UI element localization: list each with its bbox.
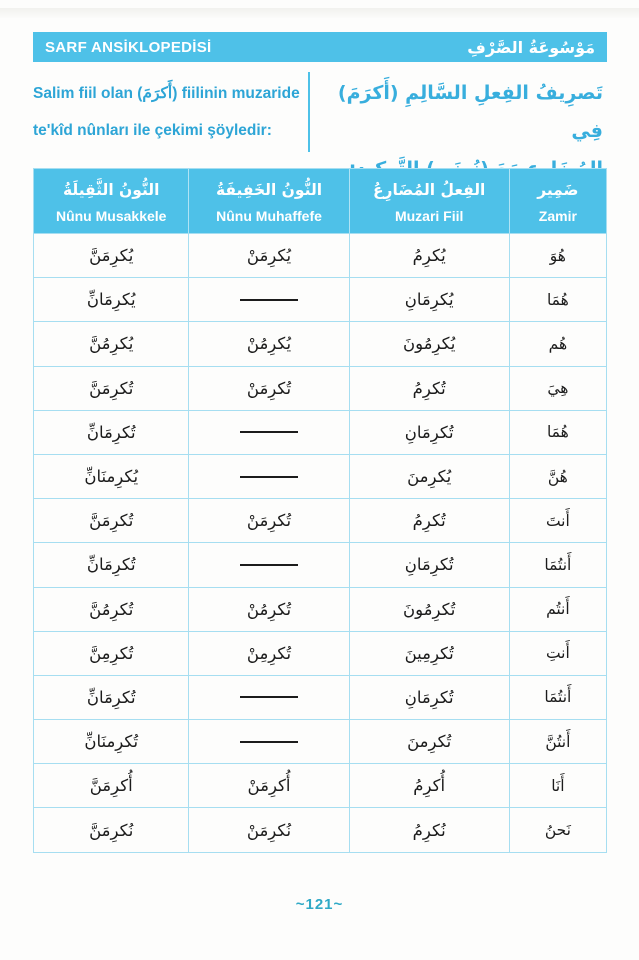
column-header-latin: Nûnu Muhaffefe [216,205,322,227]
cell-muzari: يُكرِمنَ [349,455,509,498]
table-row: تُكرِمنَانِّتُكرِمنَأَنتُنَّ [34,719,606,763]
table-row: يُكرِمُنَّيُكرِمُنْيُكرِمُونَهُم [34,321,606,365]
empty-cell-dash [240,476,298,478]
intro-turkish-line2: te'kîd nûnları ile çekimi şöyledir: [33,112,308,149]
table-row: تُكرِمَنَّتُكرِمَنْتُكرِمُأَنتَ [34,498,606,542]
cell-musakkele: أُكرِمَنَّ [34,764,188,807]
cell-zamir: نَحنُ [509,808,606,851]
column-header-musakkele: النُّونُ الثَّقِيلَةُ Nûnu Musakkele [34,169,188,233]
cell-muzari: يُكرِمَانِ [349,278,509,321]
cell-muhaffefe: تُكرِمُنْ [188,588,348,631]
cell-musakkele: تُكرِمَنَّ [34,367,188,410]
header-title-arabic: مَوْسُوعَةُ الصَّرْفِ [467,38,595,57]
cell-zamir: هُم [509,322,606,365]
cell-muhaffefe [188,676,348,719]
empty-cell-dash [240,564,298,566]
cell-muhaffefe [188,455,348,498]
table-row: تُكرِمَانِّتُكرِمَانِأَنتُمَا [34,542,606,586]
table-row: تُكرِمُنَّتُكرِمُنْتُكرِمُونَأَنتُم [34,587,606,631]
cell-muhaffefe: نُكرِمَنْ [188,808,348,851]
page-top-shadow [0,8,639,18]
cell-muhaffefe [188,720,348,763]
cell-muzari: تُكرِمُونَ [349,588,509,631]
cell-zamir: هِيَ [509,367,606,410]
cell-muzari: تُكرِمَانِ [349,543,509,586]
page-number: ~121~ [0,896,639,913]
cell-musakkele: تُكرِمَانِّ [34,676,188,719]
table-row: تُكرِمَانِّتُكرِمَانِأَنتُمَا [34,675,606,719]
table-row: يُكرِمَنَّيُكرِمَنْيُكرِمُهُوَ [34,233,606,277]
cell-muhaffefe: أُكرِمَنْ [188,764,348,807]
intro-arabic: تَصرِيفُ الفِعلِ السَّالِمِ (أَكرَمَ) فِ… [310,72,607,152]
cell-muzari: تُكرِمُ [349,499,509,542]
intro-turkish-line1: Salim fiil olan (أَكرَمَ) fiilinin muzar… [33,75,308,112]
table-body: يُكرِمَنَّيُكرِمَنْيُكرِمُهُوَيُكرِمَانِ… [34,233,606,852]
cell-zamir: هُوَ [509,234,606,277]
table-row: نُكرِمَنَّنُكرِمَنْنُكرِمُنَحنُ [34,807,606,851]
intro-turkish: Salim fiil olan (أَكرَمَ) fiilinin muzar… [33,72,310,152]
empty-cell-dash [240,299,298,301]
column-header-zamir: ضَمِير Zamir [509,169,606,233]
cell-muzari: أُكرِمُ [349,764,509,807]
header-bar: SARF ANSİKLOPEDİSİ مَوْسُوعَةُ الصَّرْفِ [33,32,607,62]
column-header-arabic: النُّونُ الخَفِيفَةُ [216,175,322,205]
intro-section: Salim fiil olan (أَكرَمَ) fiilinin muzar… [33,72,607,152]
cell-muzari: تُكرِمنَ [349,720,509,763]
cell-muzari: تُكرِمَانِ [349,676,509,719]
cell-muhaffefe [188,411,348,454]
cell-musakkele: يُكرِمَنَّ [34,234,188,277]
cell-musakkele: يُكرِمنَانِّ [34,455,188,498]
cell-musakkele: يُكرِمُنَّ [34,322,188,365]
column-header-muhaffefe: النُّونُ الخَفِيفَةُ Nûnu Muhaffefe [188,169,348,233]
cell-zamir: أَنتَ [509,499,606,542]
table-header: النُّونُ الثَّقِيلَةُ Nûnu Musakkele الن… [34,169,606,233]
cell-zamir: أَنتُمَا [509,676,606,719]
empty-cell-dash [240,696,298,698]
intro-arabic-line1: تَصرِيفُ الفِعلِ السَّالِمِ (أَكرَمَ) فِ… [324,74,603,150]
empty-cell-dash [240,431,298,433]
cell-musakkele: نُكرِمَنَّ [34,808,188,851]
cell-muhaffefe: يُكرِمَنْ [188,234,348,277]
column-header-latin: Muzari Fiil [395,205,463,227]
cell-muhaffefe: تُكرِمَنْ [188,499,348,542]
cell-muhaffefe [188,543,348,586]
column-header-latin: Zamir [539,205,577,227]
cell-zamir: هُمَا [509,411,606,454]
cell-musakkele: تُكرِمَانِّ [34,543,188,586]
cell-musakkele: تُكرِمُنَّ [34,588,188,631]
cell-musakkele: يُكرِمَانِّ [34,278,188,321]
cell-muhaffefe: تُكرِمِنْ [188,632,348,675]
cell-muzari: تُكرِمِينَ [349,632,509,675]
column-header-arabic: الفِعلُ المُضَارِعُ [373,175,485,205]
table-row: يُكرِمَانِّيُكرِمَانِهُمَا [34,277,606,321]
cell-musakkele: تُكرِمنَانِّ [34,720,188,763]
cell-muzari: نُكرِمُ [349,808,509,851]
table-row: تُكرِمَنَّتُكرِمَنْتُكرِمُهِيَ [34,366,606,410]
column-header-muzari: الفِعلُ المُضَارِعُ Muzari Fiil [349,169,509,233]
column-header-arabic: النُّونُ الثَّقِيلَةُ [63,175,159,205]
cell-zamir: أَنتُم [509,588,606,631]
cell-musakkele: تُكرِمِنَّ [34,632,188,675]
cell-muzari: يُكرِمُونَ [349,322,509,365]
cell-muhaffefe: يُكرِمُنْ [188,322,348,365]
conjugation-table: النُّونُ الثَّقِيلَةُ Nûnu Musakkele الن… [33,168,607,853]
header-title-latin: SARF ANSİKLOPEDİSİ [45,39,212,56]
cell-zamir: أَنَا [509,764,606,807]
cell-musakkele: تُكرِمَنَّ [34,499,188,542]
table-row: تُكرِمِنَّتُكرِمِنْتُكرِمِينَأَنتِ [34,631,606,675]
cell-zamir: هُمَا [509,278,606,321]
cell-muzari: يُكرِمُ [349,234,509,277]
column-header-arabic: ضَمِير [537,175,578,205]
cell-muhaffefe [188,278,348,321]
empty-cell-dash [240,741,298,743]
cell-zamir: أَنتُمَا [509,543,606,586]
cell-zamir: أَنتُنَّ [509,720,606,763]
cell-musakkele: تُكرِمَانِّ [34,411,188,454]
cell-muzari: تُكرِمُ [349,367,509,410]
cell-muhaffefe: تُكرِمَنْ [188,367,348,410]
table-row: أُكرِمَنَّأُكرِمَنْأُكرِمُأَنَا [34,763,606,807]
column-header-latin: Nûnu Musakkele [56,205,166,227]
table-row: يُكرِمنَانِّيُكرِمنَهُنَّ [34,454,606,498]
cell-muzari: تُكرِمَانِ [349,411,509,454]
table-row: تُكرِمَانِّتُكرِمَانِهُمَا [34,410,606,454]
cell-zamir: أَنتِ [509,632,606,675]
cell-zamir: هُنَّ [509,455,606,498]
